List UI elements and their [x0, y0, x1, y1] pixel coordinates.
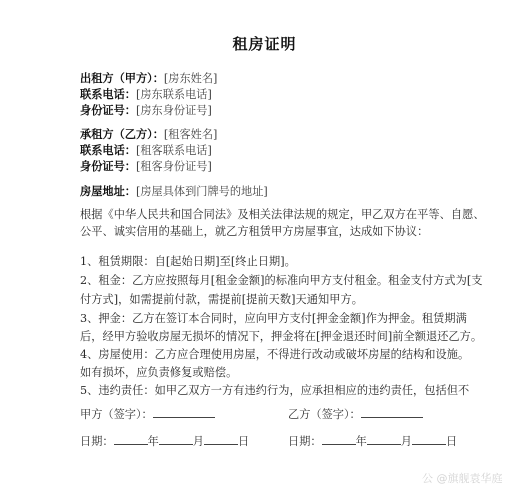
party-a-signature-label: 甲方（签字）： — [80, 408, 153, 421]
party-a-month-blank[interactable] — [159, 434, 193, 445]
tenant-phone-value: [租客联系电话] — [136, 144, 212, 157]
tenant-id-label: 身份证号： — [80, 159, 136, 173]
tenant-id-value: [租客身份证号] — [136, 160, 212, 173]
party-b-day-label: 日 — [446, 435, 457, 448]
address-value: [房屋具体到门牌号的地址] — [136, 185, 268, 198]
clause-line: 如有损坏，应负责修复或赔偿。 — [80, 366, 237, 380]
party-b-date: 日期：年月日 — [288, 434, 457, 449]
tenant-name-label: 承租方（乙方）： — [80, 127, 164, 141]
party-a-date: 日期：年月日 — [80, 434, 249, 449]
landlord-phone-value: [房东联系电话] — [136, 88, 212, 101]
party-b-signature: 乙方（签字）： — [288, 407, 423, 422]
landlord-phone-line: 联系电话：[房东联系电话] — [80, 87, 212, 102]
tenant-id-line: 身份证号：[租客身份证号] — [80, 159, 212, 174]
clause-line: 2、租金：乙方应按照每月[租金金额]的标准向甲方支付租金。租金支付方式为[支 — [80, 274, 483, 288]
party-b-year-blank[interactable] — [322, 434, 356, 445]
landlord-id-line: 身份证号：[房东身份证号] — [80, 103, 212, 118]
party-a-day-label: 日 — [238, 435, 249, 448]
clause-line: 4、房屋使用：乙方应合理使用房屋，不得进行改动或破坏房屋的结构和设施。 — [80, 348, 469, 362]
document-title: 租房证明 — [0, 33, 529, 54]
preamble-line: 公平、诚实信用的基础上，就乙方租赁甲方房屋事宜，达成如下协议： — [80, 225, 428, 239]
landlord-id-value: [房东身份证号] — [136, 104, 212, 117]
tenant-phone-line: 联系电话：[租客联系电话] — [80, 143, 212, 158]
address-label: 房屋地址： — [80, 184, 136, 198]
party-a-date-label: 日期： — [80, 435, 114, 448]
tenant-name-value: [租客姓名] — [164, 128, 217, 141]
party-b-signature-label: 乙方（签字）： — [288, 408, 361, 421]
tenant-phone-label: 联系电话： — [80, 143, 136, 157]
party-a-signature-blank[interactable] — [153, 407, 215, 418]
party-a-month-label: 月 — [193, 435, 204, 448]
clause-line: 3、押金：乙方在签订本合同时，应向甲方支付[押金金额]作为押金。租赁期满 — [80, 312, 467, 326]
party-b-month-blank[interactable] — [367, 434, 401, 445]
watermark: 公 @旗舰袁华庭 — [422, 470, 503, 486]
clause-line: 付方式]，如需提前付款，需提前[提前天数]天通知甲方。 — [80, 293, 363, 307]
landlord-id-label: 身份证号： — [80, 103, 136, 117]
party-a-year-label: 年 — [148, 435, 159, 448]
clause-line: 后，经甲方验收房屋无损坏的情况下，押金将在[押金退还时间]前全额退还乙方。 — [80, 330, 482, 344]
party-a-year-blank[interactable] — [114, 434, 148, 445]
clause-line: 1、租赁期限：自[起始日期]至[终止日期]。 — [80, 255, 296, 269]
clause-line: 5、违约责任：如甲乙双方一方有违约行为，应承担相应的违约责任，包括但不 — [80, 384, 469, 398]
landlord-name-label: 出租方（甲方）： — [80, 71, 164, 85]
preamble-line: 根据《中华人民共和国合同法》及相关法律法规的规定，甲乙双方在平等、自愿、 — [80, 208, 485, 222]
party-b-date-label: 日期： — [288, 435, 322, 448]
party-b-signature-blank[interactable] — [361, 407, 423, 418]
party-b-year-label: 年 — [356, 435, 367, 448]
tenant-name-line: 承租方（乙方）：[租客姓名] — [80, 127, 217, 142]
landlord-name-line: 出租方（甲方）：[房东姓名] — [80, 71, 217, 86]
party-a-signature: 甲方（签字）： — [80, 407, 215, 422]
party-b-month-label: 月 — [401, 435, 412, 448]
party-a-day-blank[interactable] — [204, 434, 238, 445]
address-line: 房屋地址：[房屋具体到门牌号的地址] — [80, 184, 268, 199]
landlord-phone-label: 联系电话： — [80, 87, 136, 101]
party-b-day-blank[interactable] — [412, 434, 446, 445]
document-page: 租房证明 出租方（甲方）：[房东姓名] 联系电话：[房东联系电话] 身份证号：[… — [0, 0, 529, 500]
landlord-name-value: [房东姓名] — [164, 72, 217, 85]
